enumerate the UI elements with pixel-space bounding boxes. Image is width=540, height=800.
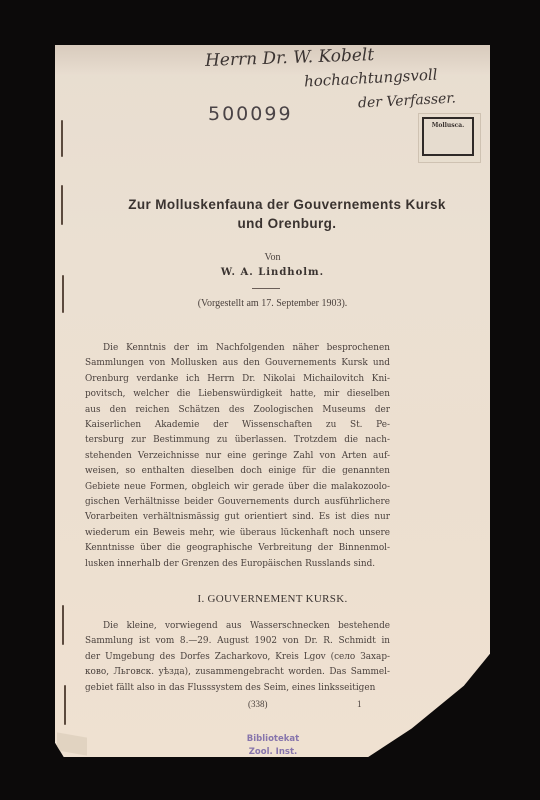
- paragraph-line: Gebiete neue Formen, obgleich wir gerade…: [85, 480, 390, 495]
- handwritten-catalog-number: 500099: [208, 103, 293, 125]
- paragraph-line: Die Kenntnis der im Nachfolgenden näher …: [85, 341, 390, 356]
- staple: [64, 685, 66, 725]
- handwritten-dedication-line1: Herrn Dr. W. Kobelt: [205, 45, 375, 71]
- handwritten-dedication-line2: hochachtungsvoll: [304, 66, 438, 91]
- label-text: Mollusca.: [424, 119, 472, 129]
- section-paragraph: Die kleine, vorwiegend aus Wasserschneck…: [85, 619, 390, 696]
- presented-date: (Vorgestellt am 17. September 1903).: [55, 298, 490, 309]
- paragraph-line: der Umgebung des Dorfes Zacharkovo, Krei…: [85, 650, 390, 665]
- paragraph-line: gebiet fällt also in das Flusssystem des…: [85, 681, 390, 696]
- paragraph-line: aus den reichen Schätzen des Zoologische…: [85, 403, 390, 418]
- paragraph-line: wiederum ein Beweis mehr, wie überaus lü…: [85, 526, 390, 541]
- staple: [62, 605, 64, 645]
- paragraph-line: lusken innerhalb der Grenzen des Europäi…: [85, 557, 390, 572]
- section-heading: I. GOUVERNEMENT KURSK.: [55, 593, 490, 605]
- paragraph-line: gischen Verhältnisse beider Gouvernement…: [85, 495, 390, 510]
- mollusca-label: Mollusca.: [422, 117, 474, 156]
- paragraph-line: Orenburg verdanke ich Herrn Dr. Nikolai …: [85, 372, 390, 387]
- stamp-line-1: Bibliotekat: [233, 733, 313, 746]
- title-line-2: und Orenburg.: [117, 214, 457, 233]
- paragraph-line: povitsch, welcher die Liebenswürdigkeit …: [85, 387, 390, 402]
- staple: [61, 120, 63, 157]
- document-page: Herrn Dr. W. Kobelt hochachtungsvoll der…: [55, 45, 490, 757]
- handwritten-dedication-line3: der Verfasser.: [358, 90, 457, 111]
- paragraph-line: Vorarbeiten verhältnismässig gut orienti…: [85, 510, 390, 525]
- divider-rule: [252, 288, 280, 289]
- library-stamp: Bibliotekat Zool. Inst. LUND: [233, 733, 313, 772]
- page-reference: (338): [248, 699, 268, 709]
- paragraph-line: Sammlungen von Mollusken aus den Gouvern…: [85, 356, 390, 371]
- paragraph-line: Kaiserlichen Akademie der Wissenschaften…: [85, 418, 390, 433]
- paragraph-line: tersburg zur Bestimmung zu überlassen. T…: [85, 433, 390, 448]
- paragraph-line: stehenden Verzeichnisse nur eine geringe…: [85, 449, 390, 464]
- paragraph-line: weisen, so enthalten dieselben doch eini…: [85, 464, 390, 479]
- intro-paragraph: Die Kenntnis der im Nachfolgenden näher …: [85, 341, 390, 572]
- paragraph-line: ково, Льговск. уѣзда), zusammengebracht …: [85, 665, 390, 680]
- stamp-line-3: LUND: [233, 759, 313, 772]
- torn-corner: [57, 732, 87, 755]
- paragraph-line: Die kleine, vorwiegend aus Wasserschneck…: [85, 619, 390, 634]
- document-title: Zur Molluskenfauna der Gouvernements Kur…: [117, 195, 457, 233]
- byline-von: Von: [55, 252, 490, 263]
- author-name: W. A. Lindholm.: [55, 267, 490, 278]
- title-line-1: Zur Molluskenfauna der Gouvernements Kur…: [117, 195, 457, 214]
- paragraph-line: Sammlung ist vom 8.—29. August 1902 von …: [85, 634, 390, 649]
- stamp-line-2: Zool. Inst.: [233, 746, 313, 759]
- staple: [61, 185, 63, 225]
- sheet-number: 1: [357, 699, 362, 709]
- paragraph-line: Kenntnisse über die geographische Verbre…: [85, 541, 390, 556]
